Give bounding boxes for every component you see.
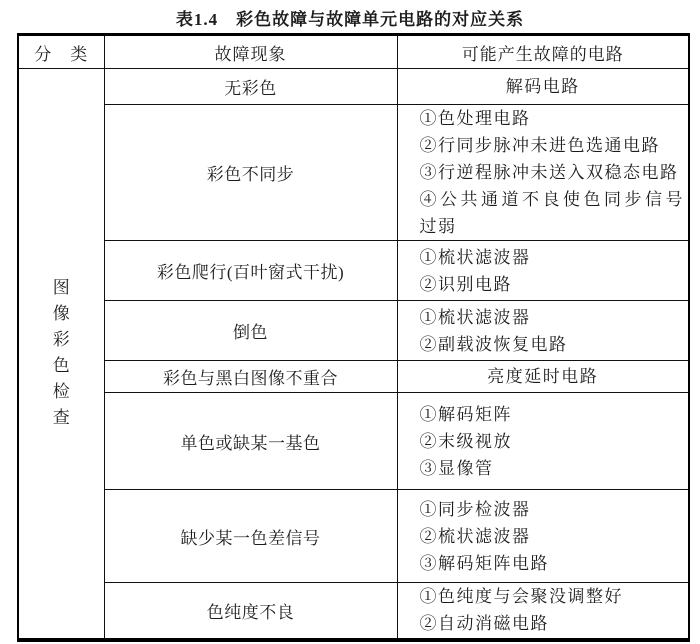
circuit-line: ③解码矩阵电路 <box>420 550 689 577</box>
category-cell: 图像彩色检查 <box>18 69 104 640</box>
table-row: 图像彩色检查无彩色解码电路 <box>18 69 689 105</box>
category-char: 图 <box>53 275 70 301</box>
table-title: 表1.4 彩色故障与故障单元电路的对应关系 <box>0 5 700 30</box>
category-char: 色 <box>53 353 70 379</box>
circuit-line: ②自动消磁电路 <box>420 610 689 637</box>
fault-phenomenon-cell: 单色或缺某一基色 <box>104 393 397 490</box>
circuit-line: ②行同步脉冲未进色选通电路 <box>420 132 689 159</box>
circuit-line: ②副载波恢复电路 <box>420 331 689 358</box>
circuits-cell: ①梳状滤波器②副载波恢复电路 <box>397 301 689 361</box>
circuit-line: ②识别电路 <box>420 271 689 298</box>
circuits-cell: ①色处理电路②行同步脉冲未进色选通电路③行逆程脉冲未送入双稳态电路④公共通道不良… <box>397 105 689 241</box>
circuit-line: ③显像管 <box>420 455 689 482</box>
table-row: 彩色不同步①色处理电路②行同步脉冲未进色选通电路③行逆程脉冲未送入双稳态电路④公… <box>18 105 689 241</box>
circuits-cell: ①色纯度与会聚没调整好②自动消磁电路 <box>397 583 689 640</box>
fault-phenomenon-cell: 缺少某一色差信号 <box>104 490 397 583</box>
table-row: 单色或缺某一基色①解码矩阵②末级视放③显像管 <box>18 393 689 490</box>
circuit-line: ①色纯度与会聚没调整好 <box>420 583 689 610</box>
category-char: 查 <box>53 405 70 431</box>
table-row: 倒色①梳状滤波器②副载波恢复电路 <box>18 301 689 361</box>
fault-table: 分 类 故障现象 可能产生故障的电路 图像彩色检查无彩色解码电路彩色不同步①色处… <box>17 33 690 642</box>
circuit-line: ①梳状滤波器 <box>420 244 689 271</box>
table-row: 缺少某一色差信号①同步检波器②梳状滤波器③解码矩阵电路 <box>18 490 689 583</box>
category-char: 检 <box>53 379 70 405</box>
circuits-cell: ①同步检波器②梳状滤波器③解码矩阵电路 <box>397 490 689 583</box>
circuits-cell: 解码电路 <box>397 69 689 105</box>
circuits-cell: ①梳状滤波器②识别电路 <box>397 241 689 301</box>
fault-phenomenon-cell: 彩色不同步 <box>104 105 397 241</box>
document-page: 表1.4 彩色故障与故障单元电路的对应关系 分 类 故障现象 可能产生故障的电路… <box>0 0 700 644</box>
table-header: 分 类 故障现象 可能产生故障的电路 <box>18 35 689 69</box>
fault-phenomenon-cell: 彩色与黑白图像不重合 <box>104 361 397 393</box>
fault-phenomenon-cell: 色纯度不良 <box>104 583 397 640</box>
circuit-line: ③行逆程脉冲未送入双稳态电路 <box>420 159 689 186</box>
circuit-line: ①同步检波器 <box>420 496 689 523</box>
circuit-line: ④公共通道不良使色同步信号 <box>420 186 689 213</box>
circuit-line: 过弱 <box>420 213 689 240</box>
fault-phenomenon-cell: 彩色爬行(百叶窗式干扰) <box>104 241 397 301</box>
header-phenomenon: 故障现象 <box>104 35 397 69</box>
table-body: 图像彩色检查无彩色解码电路彩色不同步①色处理电路②行同步脉冲未进色选通电路③行逆… <box>18 69 689 640</box>
header-category: 分 类 <box>18 35 104 69</box>
category-char: 彩 <box>53 327 70 353</box>
circuit-line: 解码电路 <box>398 73 689 100</box>
circuit-line: ②末级视放 <box>420 428 689 455</box>
circuits-cell: 亮度延时电路 <box>397 361 689 393</box>
category-char: 像 <box>53 301 70 327</box>
category-vertical-text: 图像彩色检查 <box>53 275 70 431</box>
circuits-cell: ①解码矩阵②末级视放③显像管 <box>397 393 689 490</box>
header-row: 分 类 故障现象 可能产生故障的电路 <box>18 35 689 69</box>
header-circuits: 可能产生故障的电路 <box>397 35 689 69</box>
circuit-line: 亮度延时电路 <box>398 363 689 390</box>
circuit-line: ①梳状滤波器 <box>420 304 689 331</box>
circuit-line: ②梳状滤波器 <box>420 523 689 550</box>
circuit-line: ①解码矩阵 <box>420 401 689 428</box>
table-row: 彩色爬行(百叶窗式干扰)①梳状滤波器②识别电路 <box>18 241 689 301</box>
fault-phenomenon-cell: 倒色 <box>104 301 397 361</box>
table-row: 彩色与黑白图像不重合亮度延时电路 <box>18 361 689 393</box>
circuit-line: ①色处理电路 <box>420 105 689 132</box>
table-row: 色纯度不良①色纯度与会聚没调整好②自动消磁电路 <box>18 583 689 640</box>
fault-phenomenon-cell: 无彩色 <box>104 69 397 105</box>
